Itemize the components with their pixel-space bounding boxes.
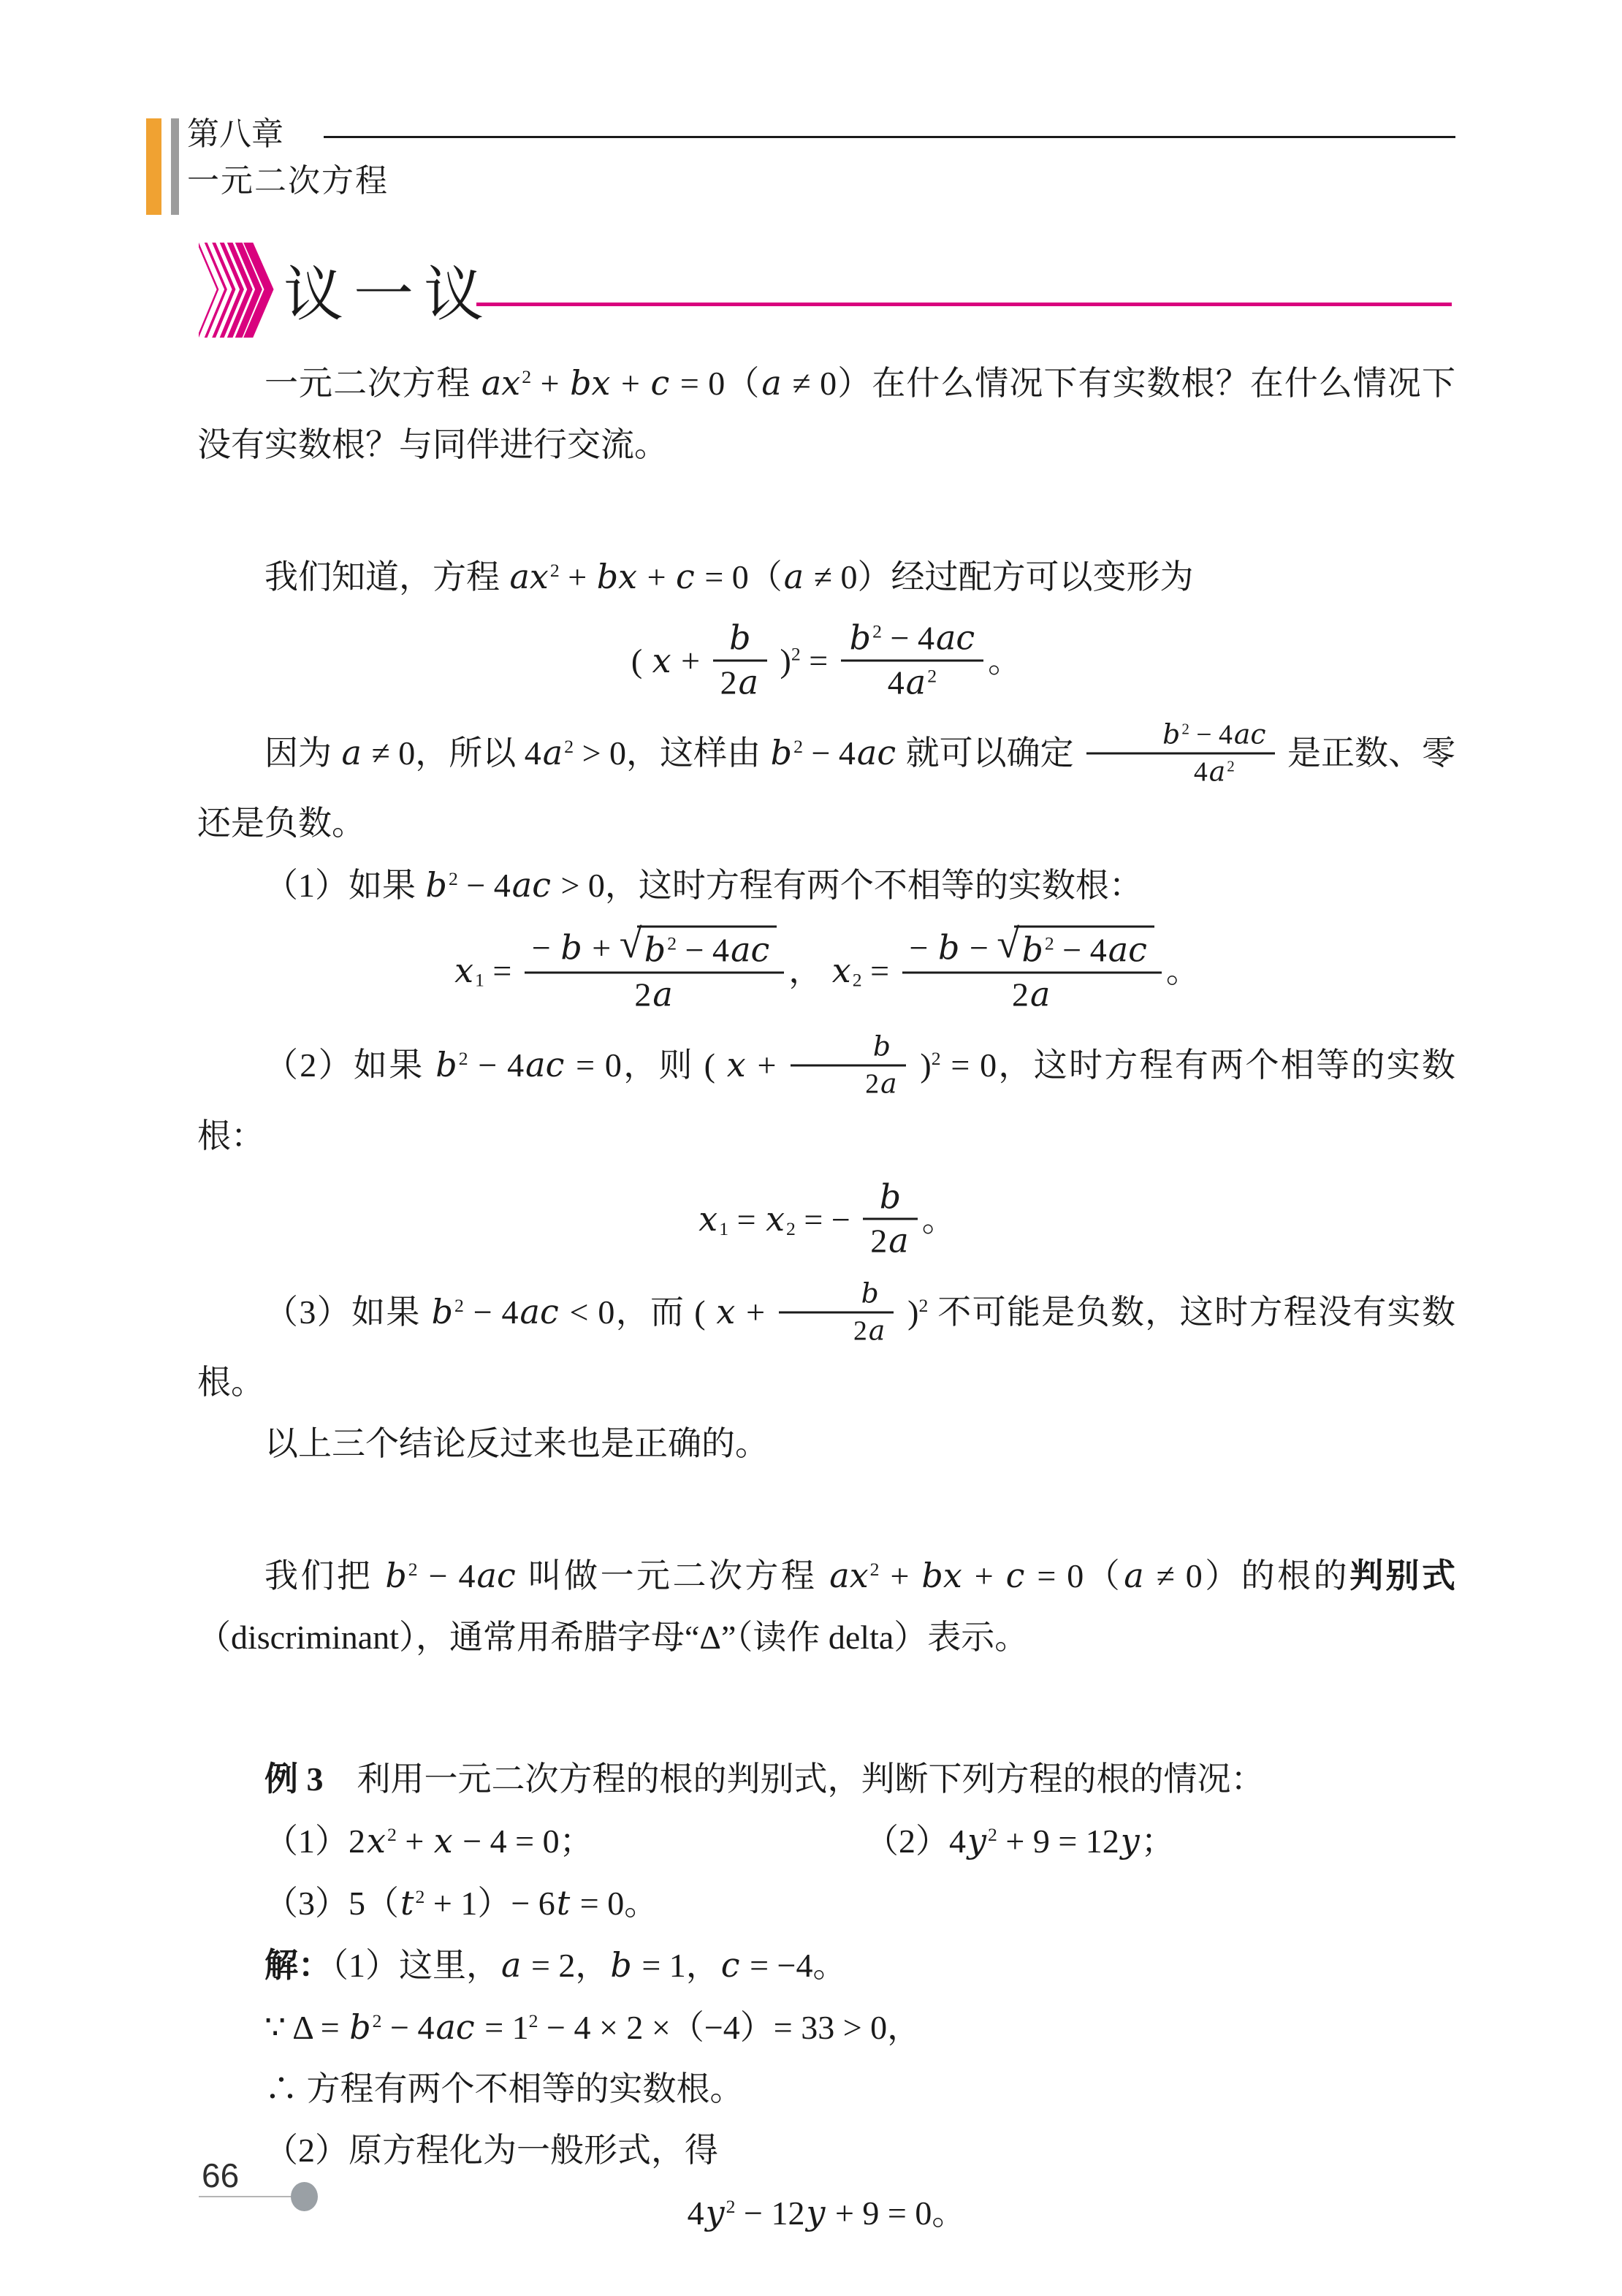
footer-dot — [291, 2182, 318, 2211]
text-run: = — [862, 952, 898, 989]
text-run: = — [484, 952, 520, 989]
fraction-numerator: b — [791, 1030, 905, 1067]
fraction-denominator: 2a — [863, 1220, 917, 1263]
math-variable: b — [434, 1045, 458, 1084]
superscript: 2 — [872, 621, 882, 642]
text-run: （1）2 — [264, 1822, 365, 1860]
superscript: 2 — [927, 665, 937, 686]
math-variable: a — [500, 1945, 522, 1985]
math-variable: ax — [828, 1556, 869, 1595]
math-variable: ac — [729, 930, 771, 970]
math-variable: b — [424, 865, 449, 905]
math-variable: c — [650, 363, 671, 403]
text-run: 2 — [720, 664, 737, 701]
math-variable: b — [430, 1292, 454, 1331]
superscript: 2 — [667, 933, 677, 954]
solution-line: 解：（1）这里，a = 2，b = 1，c = −4。 — [197, 1934, 1455, 1996]
math-variable: a — [905, 662, 927, 702]
section-title: 议一议 — [283, 262, 494, 329]
because-line: ∵ Δ = b2 − 4ac = 12 − 4 × 2 ×（−4）= 33 > … — [197, 1996, 1455, 2059]
fraction: − b − √b2 − 4ac2a — [902, 926, 1162, 1016]
math-variable: t — [555, 1883, 572, 1923]
text-run: − — [961, 930, 997, 967]
text-run: + — [612, 365, 649, 402]
text-run: = — [801, 642, 837, 680]
fraction-denominator: 2a — [713, 661, 767, 704]
text-run: 以上三个结论反过来也是正确的。 — [264, 1425, 769, 1462]
text-run: = — [728, 1201, 764, 1238]
section-rule — [476, 303, 1452, 306]
text-run: 。 — [1166, 952, 1200, 989]
text-run: + — [560, 558, 595, 596]
footer-rule — [199, 2196, 292, 2197]
math-variable: a — [340, 733, 363, 772]
example-equation-row: （1）2x2 + x − 4 = 0； （2）4y2 + 9 = 12y； — [197, 1810, 1455, 1872]
text-run: （2）原方程化为一般形式，得 — [264, 2132, 718, 2169]
text-run: + — [964, 1557, 1005, 1594]
text-run: = 0（ — [671, 365, 760, 402]
math-variable: a — [879, 1068, 899, 1100]
text-run: 4 — [688, 2194, 704, 2232]
fraction-denominator: 4a2 — [841, 661, 983, 704]
radical-sign: √ — [620, 924, 642, 965]
fraction-denominator: 2a — [791, 1067, 905, 1102]
text-run: ∵ Δ = — [264, 2009, 348, 2046]
text-run: − 4 — [458, 867, 511, 904]
math-variable: a — [651, 974, 674, 1014]
math-variable: a — [1122, 1556, 1145, 1595]
math-variable: ac — [856, 733, 897, 772]
text-run: − 4 = 0； — [454, 1822, 593, 1860]
transform-line: （2）原方程化为一般形式，得 — [197, 2120, 1455, 2181]
text-run: （1）如果 — [264, 867, 424, 904]
math-variable: a — [760, 363, 783, 403]
math-variable: x — [453, 951, 475, 990]
text-run: − 4 — [677, 932, 729, 969]
superscript: 2 — [919, 1295, 929, 1316]
text-run: + 9 = 0。 — [826, 2194, 965, 2232]
math-variable: b — [643, 930, 667, 970]
paragraph-discriminant-definition: 我们把 b2 − 4ac 叫做一元二次方程 ax2 + bx + c = 0（a… — [197, 1545, 1455, 1668]
list-item-case1: （1）如果 b2 − 4ac > 0，这时方程有两个不相等的实数根： — [197, 854, 1455, 916]
math-variable: t — [399, 1883, 416, 1923]
math-variable: c — [674, 557, 696, 596]
text-run: − 12 — [736, 2194, 805, 2232]
text-run: 我们把 — [264, 1557, 384, 1594]
text-run: + — [584, 930, 620, 967]
text-run: + — [673, 642, 709, 680]
text-run: 利用一元二次方程的根的判别式，判断下列方程的根的情况： — [324, 1760, 1265, 1798]
chapter-accent-bar-gray — [171, 118, 179, 215]
text-run: 叫做一元二次方程 — [517, 1557, 829, 1594]
math-variable: ac — [511, 865, 552, 905]
superscript: 2 — [387, 1824, 397, 1845]
math-variable: a — [783, 557, 805, 596]
text-run: （discriminant），通常用希腊字母“Δ”（读作 delta）表示。 — [197, 1619, 1028, 1656]
math-variable: a — [541, 733, 564, 772]
text-run: > 0，这时方程有两个不相等的实数根： — [552, 867, 1143, 904]
text-run: = 0（ — [696, 558, 783, 596]
superscript: 2 — [550, 560, 560, 581]
subscript: 2 — [853, 970, 862, 991]
math-variable: a — [1029, 974, 1051, 1014]
fraction-denominator: 2a — [902, 973, 1162, 1016]
text-run: 2 — [634, 976, 651, 1013]
formula-equal-roots: x1 = x2 = − b2a。 — [197, 1180, 1455, 1266]
math-variable: ac — [934, 617, 976, 657]
math-variable: b — [1020, 930, 1044, 970]
fraction-numerator: − b − √b2 − 4ac — [902, 926, 1162, 974]
text-run: ≠ 0）经过配方可以变形为 — [805, 558, 1193, 596]
text-run: （2）4 — [865, 1822, 966, 1860]
text-run: + — [736, 1293, 774, 1331]
text-run: ( — [631, 642, 651, 680]
math-variable: a — [737, 662, 760, 702]
superscript: 2 — [1227, 758, 1235, 775]
text-run: ， — [788, 952, 831, 989]
math-variable: ac — [1107, 930, 1149, 970]
text-run: > 0，这样由 — [574, 734, 769, 772]
subscript: 1 — [719, 1218, 728, 1239]
chapter-header-rule — [324, 136, 1455, 138]
math-variable: ax — [509, 557, 550, 596]
math-variable: b — [878, 1176, 902, 1216]
math-variable: x — [697, 1199, 719, 1239]
text-run: − 4 — [464, 1293, 519, 1331]
superscript: 2 — [726, 2196, 736, 2217]
chapter-accent-bar-orange — [146, 118, 161, 215]
math-variable: a — [1208, 756, 1227, 788]
math-variable: b — [860, 1277, 880, 1309]
text-run: ) — [898, 1293, 918, 1331]
therefore-line: ∴ 方程有两个不相等的实数根。 — [197, 2059, 1455, 2120]
math-variable: b — [559, 928, 583, 968]
paragraph-conclusion: 以上三个结论反过来也是正确的。 — [197, 1413, 1455, 1475]
math-variable: bx — [920, 1556, 963, 1595]
math-variable: ac — [435, 2007, 476, 2047]
text-run: ) — [910, 1046, 932, 1084]
math-variable: ac — [524, 1045, 566, 1084]
paragraph-we-know: 我们知道，方程 ax2 + bx + c = 0（a ≠ 0）经过配方可以变形为 — [197, 546, 1455, 608]
text-run: 因为 — [264, 734, 340, 772]
superscript: 2 — [791, 644, 801, 665]
text-run: + 1）− 6 — [424, 1885, 555, 1922]
text-run: （2）如果 — [264, 1046, 434, 1084]
text-run: = 2， — [522, 1947, 609, 1984]
text-run: 。 — [988, 642, 1021, 680]
text-run: ； — [1141, 1822, 1175, 1860]
math-variable: bx — [595, 557, 639, 596]
formula-two-roots: x1 = − b + √b2 − 4ac2a， x2 = − b − √b2 −… — [197, 930, 1455, 1019]
superscript: 2 — [454, 1295, 464, 1316]
text-run: + — [531, 365, 568, 402]
radicand: b2 − 4ac — [1014, 926, 1154, 972]
superscript: 2 — [564, 736, 574, 757]
list-item-case3: （3）如果 b2 − 4ac < 0，而 ( x + b2a )2 不可能是负数… — [197, 1280, 1455, 1413]
text-run: 就可以确定 — [897, 734, 1082, 772]
math-variable: b — [348, 2007, 372, 2047]
fraction-denominator: 2a — [779, 1313, 894, 1348]
math-variable: y — [704, 2193, 726, 2232]
superscript: 2 — [988, 1824, 997, 1845]
bold-text: 解： — [264, 1947, 332, 1984]
paragraph-discuss-prompt: 一元二次方程 ax2 + bx + c = 0（a ≠ 0）在什么情况下有实数根… — [197, 352, 1455, 476]
math-variable: b — [769, 733, 793, 772]
list-item-case2: （2）如果 b2 − 4ac = 0，则 ( x + b2a )2 = 0，这时… — [197, 1033, 1455, 1166]
math-variable: a — [867, 1314, 887, 1346]
math-variable: c — [1005, 1556, 1027, 1595]
fraction: b2 − 4ac4a2 — [1086, 717, 1274, 789]
text-run: − 4 — [1054, 932, 1107, 969]
text-run: + — [747, 1046, 787, 1084]
text-run: （1）这里， — [332, 1947, 500, 1984]
text-run: + — [880, 1557, 921, 1594]
math-variable: y — [966, 1821, 988, 1860]
text-run: − 4 — [803, 734, 856, 772]
subscript: 1 — [475, 970, 484, 991]
math-variable: x — [764, 1199, 786, 1239]
math-variable: b — [1161, 718, 1181, 750]
text-run: 。 — [922, 1201, 956, 1238]
superscript: 2 — [870, 1559, 880, 1580]
superscript: 2 — [373, 2010, 382, 2031]
text-run: = − — [796, 1201, 858, 1238]
text-run: （3）如果 — [264, 1293, 430, 1331]
math-variable: b — [848, 617, 872, 657]
bold-text: 判别式 — [1349, 1557, 1455, 1594]
superscript: 2 — [1045, 933, 1054, 954]
fraction: b2a — [791, 1030, 905, 1102]
text-run: − 4 — [418, 1557, 476, 1594]
text-run: = 0（ — [1026, 1557, 1122, 1594]
text-run: + — [397, 1822, 433, 1860]
math-variable: x — [715, 1292, 736, 1331]
fraction-numerator: b2 − 4ac — [1086, 717, 1274, 754]
math-variable: b — [384, 1556, 408, 1595]
fraction-numerator: b2 − 4ac — [841, 617, 983, 661]
superscript: 2 — [1181, 720, 1189, 737]
formula-completed-square: ( x + b2a )2 = b2 − 4ac4a2。 — [197, 621, 1455, 707]
text-run: + 9 = 12 — [997, 1822, 1119, 1860]
section-banner: 议一议 — [197, 241, 1455, 351]
text-run: ≠ 0）的根的 — [1146, 1557, 1349, 1594]
math-variable: y — [804, 2193, 826, 2232]
superscript: 2 — [408, 1559, 418, 1580]
math-variable: c — [720, 1945, 742, 1985]
fraction: b2a — [779, 1276, 894, 1348]
text-run: ≠ 0，所以 4 — [363, 734, 541, 772]
page-body: 一元二次方程 ax2 + bx + c = 0（a ≠ 0）在什么情况下有实数根… — [197, 352, 1455, 2245]
fraction-numerator: b — [779, 1276, 894, 1313]
text-run: = 1， — [633, 1947, 720, 1984]
text-run: ∴ 方程有两个不相等的实数根。 — [264, 2070, 744, 2107]
superscript: 2 — [522, 366, 531, 387]
text-run: 4 — [1194, 757, 1208, 788]
text-run: 2 — [1012, 976, 1029, 1013]
example-equation-3: （3）5（t2 + 1）− 6t = 0。 — [197, 1872, 1455, 1934]
fraction-numerator: − b + √b2 − 4ac — [525, 926, 784, 974]
math-variable: x — [365, 1821, 387, 1860]
subscript: 2 — [786, 1218, 796, 1239]
text-run: = 0，则 ( — [566, 1046, 725, 1084]
fraction-numerator: b — [863, 1176, 917, 1220]
text-run: + — [639, 558, 674, 596]
text-run: = 0。 — [571, 1885, 658, 1922]
fraction: − b + √b2 − 4ac2a — [525, 926, 784, 1016]
fraction-denominator: 2a — [525, 973, 784, 1016]
math-variable: ac — [476, 1556, 517, 1595]
text-run: − 4 × 2 ×（−4）= 33 > 0， — [538, 2009, 921, 2046]
bold-text: 例 3 — [264, 1760, 324, 1798]
example-title: 例 3 利用一元二次方程的根的判别式，判断下列方程的根的情况： — [197, 1749, 1455, 1810]
sqrt-radical: √b2 − 4ac — [997, 926, 1154, 972]
superscript: 2 — [793, 736, 803, 757]
math-variable: x — [726, 1045, 747, 1084]
superscript: 2 — [459, 1049, 468, 1070]
chapter-title: 一元二次方程 — [187, 162, 389, 200]
superscript: 2 — [416, 1886, 425, 1907]
fraction: b2a — [863, 1176, 917, 1262]
example-equation-2: （2）4y2 + 9 = 12y； — [865, 1810, 1175, 1872]
section-chevron-icon — [199, 243, 275, 338]
math-variable: y — [1119, 1821, 1141, 1860]
math-variable: b — [937, 928, 961, 968]
math-variable: a — [887, 1221, 910, 1261]
math-variable: b — [728, 617, 752, 657]
text-run: − 4 — [882, 619, 934, 656]
text-run: < 0，而 ( — [560, 1293, 715, 1331]
text-run: = 1 — [476, 2009, 529, 2046]
superscript: 2 — [932, 1049, 941, 1070]
text-run: ) — [772, 642, 791, 680]
text-run: − 4 — [1189, 719, 1233, 750]
text-run: = −4。 — [742, 1947, 847, 1984]
text-run: − — [532, 930, 559, 967]
math-variable: x — [433, 1821, 454, 1860]
textbook-page: { "header": { "chapter_label": "第八章", "c… — [0, 0, 1622, 2296]
fraction-denominator: 4a2 — [1086, 755, 1274, 790]
radicand: b2 − 4ac — [637, 926, 777, 972]
math-variable: b — [609, 1945, 633, 1985]
example-equation-1: （1）2x2 + x − 4 = 0； — [264, 1810, 865, 1872]
text-run: − 4 — [468, 1046, 525, 1084]
math-variable: bx — [568, 363, 612, 403]
text-run: （3）5（ — [264, 1885, 399, 1922]
paragraph-determine-sign: 因为 a ≠ 0，所以 4a2 > 0，这样由 b2 − 4ac 就可以确定 b… — [197, 721, 1455, 854]
text-run: − — [910, 930, 937, 967]
fraction-numerator: b — [713, 617, 767, 661]
text-run: 4 — [888, 664, 905, 701]
math-variable: ac — [519, 1292, 560, 1331]
math-variable: ac — [1233, 718, 1268, 750]
chapter-label: 第八章 — [187, 115, 283, 153]
math-variable: x — [831, 951, 853, 990]
superscript: 2 — [529, 2010, 538, 2031]
text-run: 一元二次方程 — [264, 365, 480, 402]
text-run: 2 — [853, 1315, 867, 1346]
fraction: b2a — [713, 617, 767, 703]
text-run: 我们知道，方程 — [264, 558, 509, 596]
formula-general-form: 4y2 − 12y + 9 = 0。 — [197, 2194, 1455, 2232]
page-number: 66 — [202, 2156, 239, 2195]
superscript: 2 — [449, 868, 458, 889]
text-run: − 4 — [382, 2009, 435, 2046]
math-variable: b — [872, 1030, 892, 1063]
text-run: 2 — [865, 1069, 879, 1100]
sqrt-radical: √b2 − 4ac — [620, 926, 777, 972]
math-variable: ax — [480, 363, 522, 403]
math-variable: x — [651, 641, 673, 680]
fraction: b2 − 4ac4a2 — [841, 617, 983, 703]
radical-sign: √ — [997, 924, 1019, 965]
text-run: 2 — [870, 1223, 887, 1260]
